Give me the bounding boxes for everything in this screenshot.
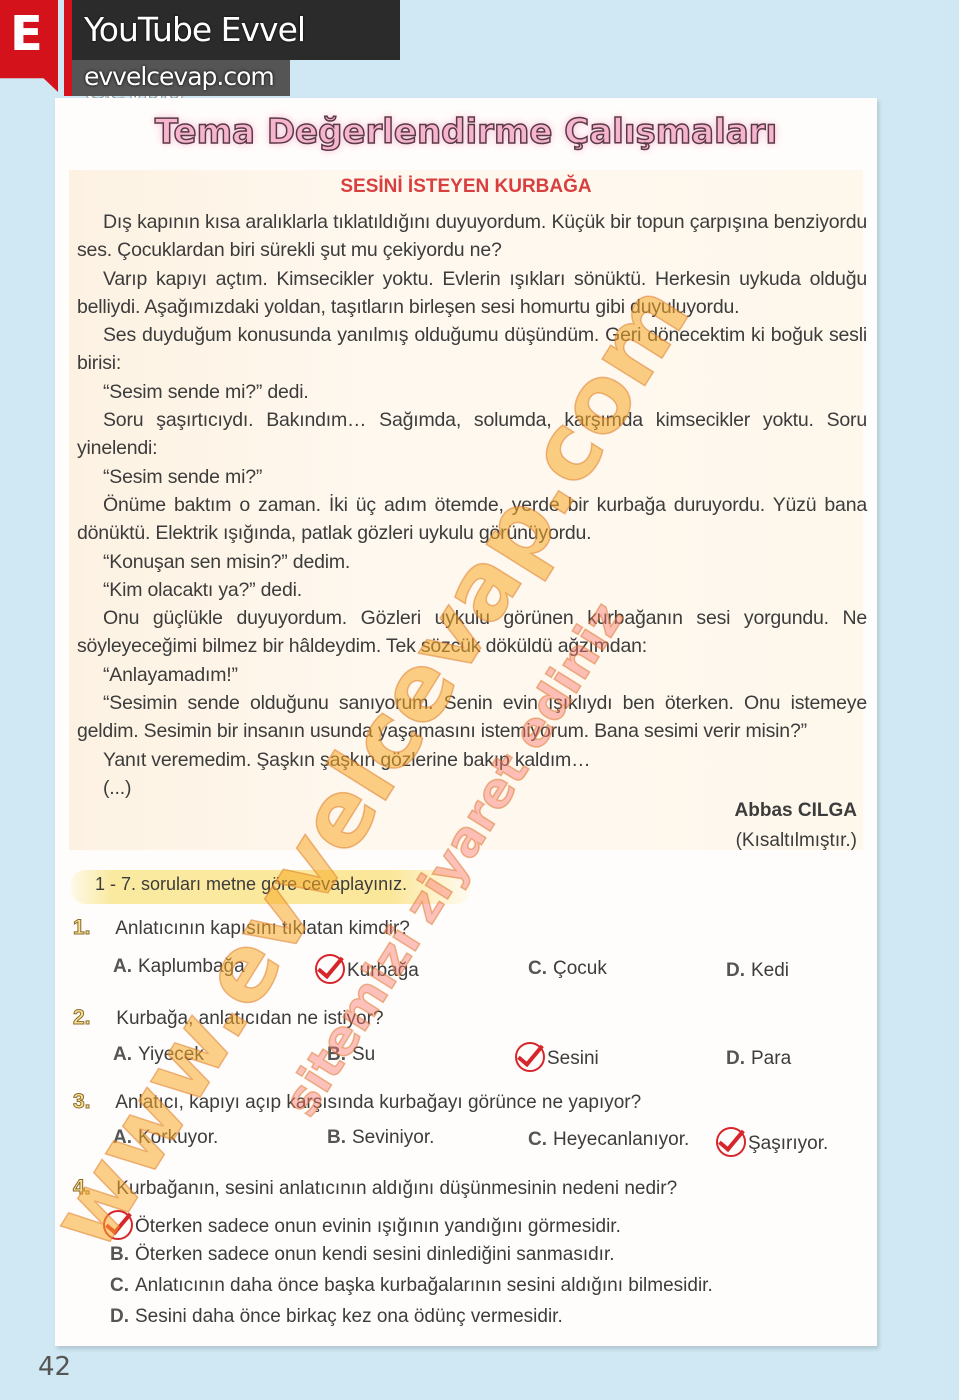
- q3-option-b[interactable]: B.Seviniyor.: [327, 1127, 434, 1149]
- option-text: Sesini daha önce birkaç kez ona ödünç ve…: [135, 1306, 563, 1327]
- author-name: Abbas CILGA: [735, 796, 857, 826]
- q4-option-c[interactable]: C.Anlatıcının daha önce başka kurbağalar…: [110, 1275, 713, 1297]
- question-text: Anlatıcı, kapıyı açıp karşısında kurbağa…: [115, 1092, 641, 1113]
- q2-option-a[interactable]: A.Yiyecek: [113, 1044, 204, 1066]
- abridged-note: (Kısaltılmıştır.): [735, 826, 857, 856]
- q1-option-b[interactable]: Kurbağa: [315, 956, 419, 986]
- story-text: Dış kapının kısa aralıklarla tıklatıldığ…: [77, 208, 867, 802]
- option-text: Öterken sadece onun evinin ışığının yand…: [135, 1216, 621, 1237]
- option-text: Kurbağa: [347, 960, 419, 981]
- q2-option-c[interactable]: Sesini: [515, 1044, 599, 1074]
- brand-banner: E YouTube Evvel Cevap evvelcevap.com: [0, 0, 420, 100]
- option-letter: C.: [528, 958, 547, 979]
- story-paragraph: “Sesim sende mi?” dedi.: [77, 378, 867, 406]
- q4-option-b[interactable]: B.Öterken sadece onun kendi sesini dinle…: [110, 1244, 615, 1266]
- option-letter: A.: [113, 1044, 132, 1065]
- question-number: 1.: [73, 916, 111, 940]
- story-paragraph: Onu güçlükle duyuyordum. Gözleri uykulu …: [77, 604, 867, 661]
- q3-option-c[interactable]: C.Heyecanlanıyor.: [528, 1129, 689, 1151]
- question-text: Kurbağa, anlatıcıdan ne istiyor?: [116, 1008, 383, 1029]
- option-letter: D.: [726, 1048, 745, 1069]
- q4-option-a[interactable]: Öterken sadece onun evinin ışığının yand…: [103, 1212, 621, 1242]
- brand-url: evvelcevap.com: [72, 60, 290, 96]
- option-letter: B.: [110, 1244, 129, 1265]
- option-text: Korkuyor.: [138, 1127, 218, 1148]
- checkmark-icon: [716, 1127, 746, 1157]
- option-text: Çocuk: [553, 958, 607, 979]
- option-text: Seviniyor.: [352, 1127, 434, 1148]
- page-number: 42: [38, 1352, 71, 1382]
- option-text: Heyecanlanıyor.: [553, 1129, 689, 1150]
- option-letter: B.: [327, 1044, 346, 1065]
- option-letter: C.: [110, 1275, 129, 1296]
- story-paragraph: “Konuşan sen misin?” dedim.: [77, 548, 867, 576]
- question-3: 3. Anlatıcı, kapıyı açıp karşısında kurb…: [73, 1090, 641, 1114]
- checkmark-icon: [315, 954, 345, 984]
- theme-title: Tema Değerlendirme Çalışmaları: [55, 112, 877, 152]
- option-text: Para: [751, 1048, 791, 1069]
- instruction-text: 1 - 7. soruları metne göre cevaplayınız.: [95, 874, 407, 895]
- question-text: Kurbağanın, sesini anlatıcının aldığını …: [116, 1178, 677, 1199]
- story-paragraph: “Sesimin sende olduğunu sanıyorum. Senin…: [77, 689, 867, 746]
- q2-option-d[interactable]: D.Para: [726, 1048, 791, 1070]
- q2-option-b[interactable]: B.Su: [327, 1044, 375, 1066]
- question-2: 2. Kurbağa, anlatıcıdan ne istiyor?: [73, 1006, 384, 1030]
- option-letter: D.: [726, 960, 745, 981]
- story-paragraph: “Kim olacaktı ya?” dedi.: [77, 576, 867, 604]
- question-number: 2.: [73, 1006, 111, 1030]
- story-paragraph: Soru şaşırtıcıydı. Bakındım… Sağımda, so…: [77, 406, 867, 463]
- option-text: Öterken sadece onun kendi sesini dinledi…: [135, 1244, 615, 1265]
- story-paragraph: Ses duyduğum konusunda yanılmış olduğumu…: [77, 321, 867, 378]
- q1-option-c[interactable]: C.Çocuk: [528, 958, 607, 980]
- textbook-page: Tema Değerlendirme Çalışmaları SESİNİ İS…: [55, 98, 877, 1346]
- author-block: Abbas CILGA (Kısaltılmıştır.): [735, 796, 857, 856]
- option-text: Şaşırıyor.: [748, 1133, 828, 1154]
- question-4: 4. Kurbağanın, sesini anlatıcının aldığı…: [73, 1176, 677, 1200]
- story-paragraph: “Anlayamadım!”: [77, 661, 867, 689]
- option-text: Sesini: [547, 1048, 599, 1069]
- story-paragraph: Varıp kapıyı açtım. Kimsecikler yoktu. E…: [77, 265, 867, 322]
- option-letter: B.: [327, 1127, 346, 1148]
- option-letter: D.: [110, 1306, 129, 1327]
- story-title: SESİNİ İSTEYEN KURBAĞA: [55, 176, 877, 198]
- story-paragraph: Dış kapının kısa aralıklarla tıklatıldığ…: [77, 208, 867, 265]
- q3-option-a[interactable]: A.Korkuyor.: [113, 1127, 218, 1149]
- option-text: Yiyecek: [138, 1044, 204, 1065]
- story-paragraph: “Sesim sende mi?”: [77, 463, 867, 491]
- brand-logo-letter: E: [10, 6, 43, 62]
- option-letter: A.: [113, 956, 132, 977]
- brand-logo-icon: E: [0, 0, 58, 92]
- option-text: Kedi: [751, 960, 789, 981]
- option-letter: A.: [113, 1127, 132, 1148]
- q1-option-d[interactable]: D.Kedi: [726, 960, 789, 982]
- question-number: 4.: [73, 1176, 111, 1200]
- question-text: Anlatıcının kapısını tıklatan kimdir?: [115, 918, 410, 939]
- question-1: 1. Anlatıcının kapısını tıklatan kimdir?: [73, 916, 410, 940]
- q4-option-d[interactable]: D.Sesini daha önce birkaç kez ona ödünç …: [110, 1306, 563, 1328]
- brand-title: YouTube Evvel Cevap: [72, 0, 400, 60]
- checkmark-icon: [103, 1210, 133, 1240]
- q3-option-d[interactable]: Şaşırıyor.: [716, 1129, 828, 1159]
- checkmark-icon: [515, 1042, 545, 1072]
- q1-option-a[interactable]: A.Kaplumbağa: [113, 956, 245, 978]
- question-number: 3.: [73, 1090, 111, 1114]
- story-paragraph: Yanıt veremedim. Şaşkın şaşkın gözlerine…: [77, 746, 867, 774]
- option-text: Kaplumbağa: [138, 956, 245, 977]
- brand-stripe: [64, 0, 72, 96]
- option-text: Anlatıcının daha önce başka kurbağaların…: [135, 1275, 713, 1296]
- option-text: Su: [352, 1044, 375, 1065]
- option-letter: C.: [528, 1129, 547, 1150]
- story-paragraph: Önüme baktım o zaman. İki üç adım ötemde…: [77, 491, 867, 548]
